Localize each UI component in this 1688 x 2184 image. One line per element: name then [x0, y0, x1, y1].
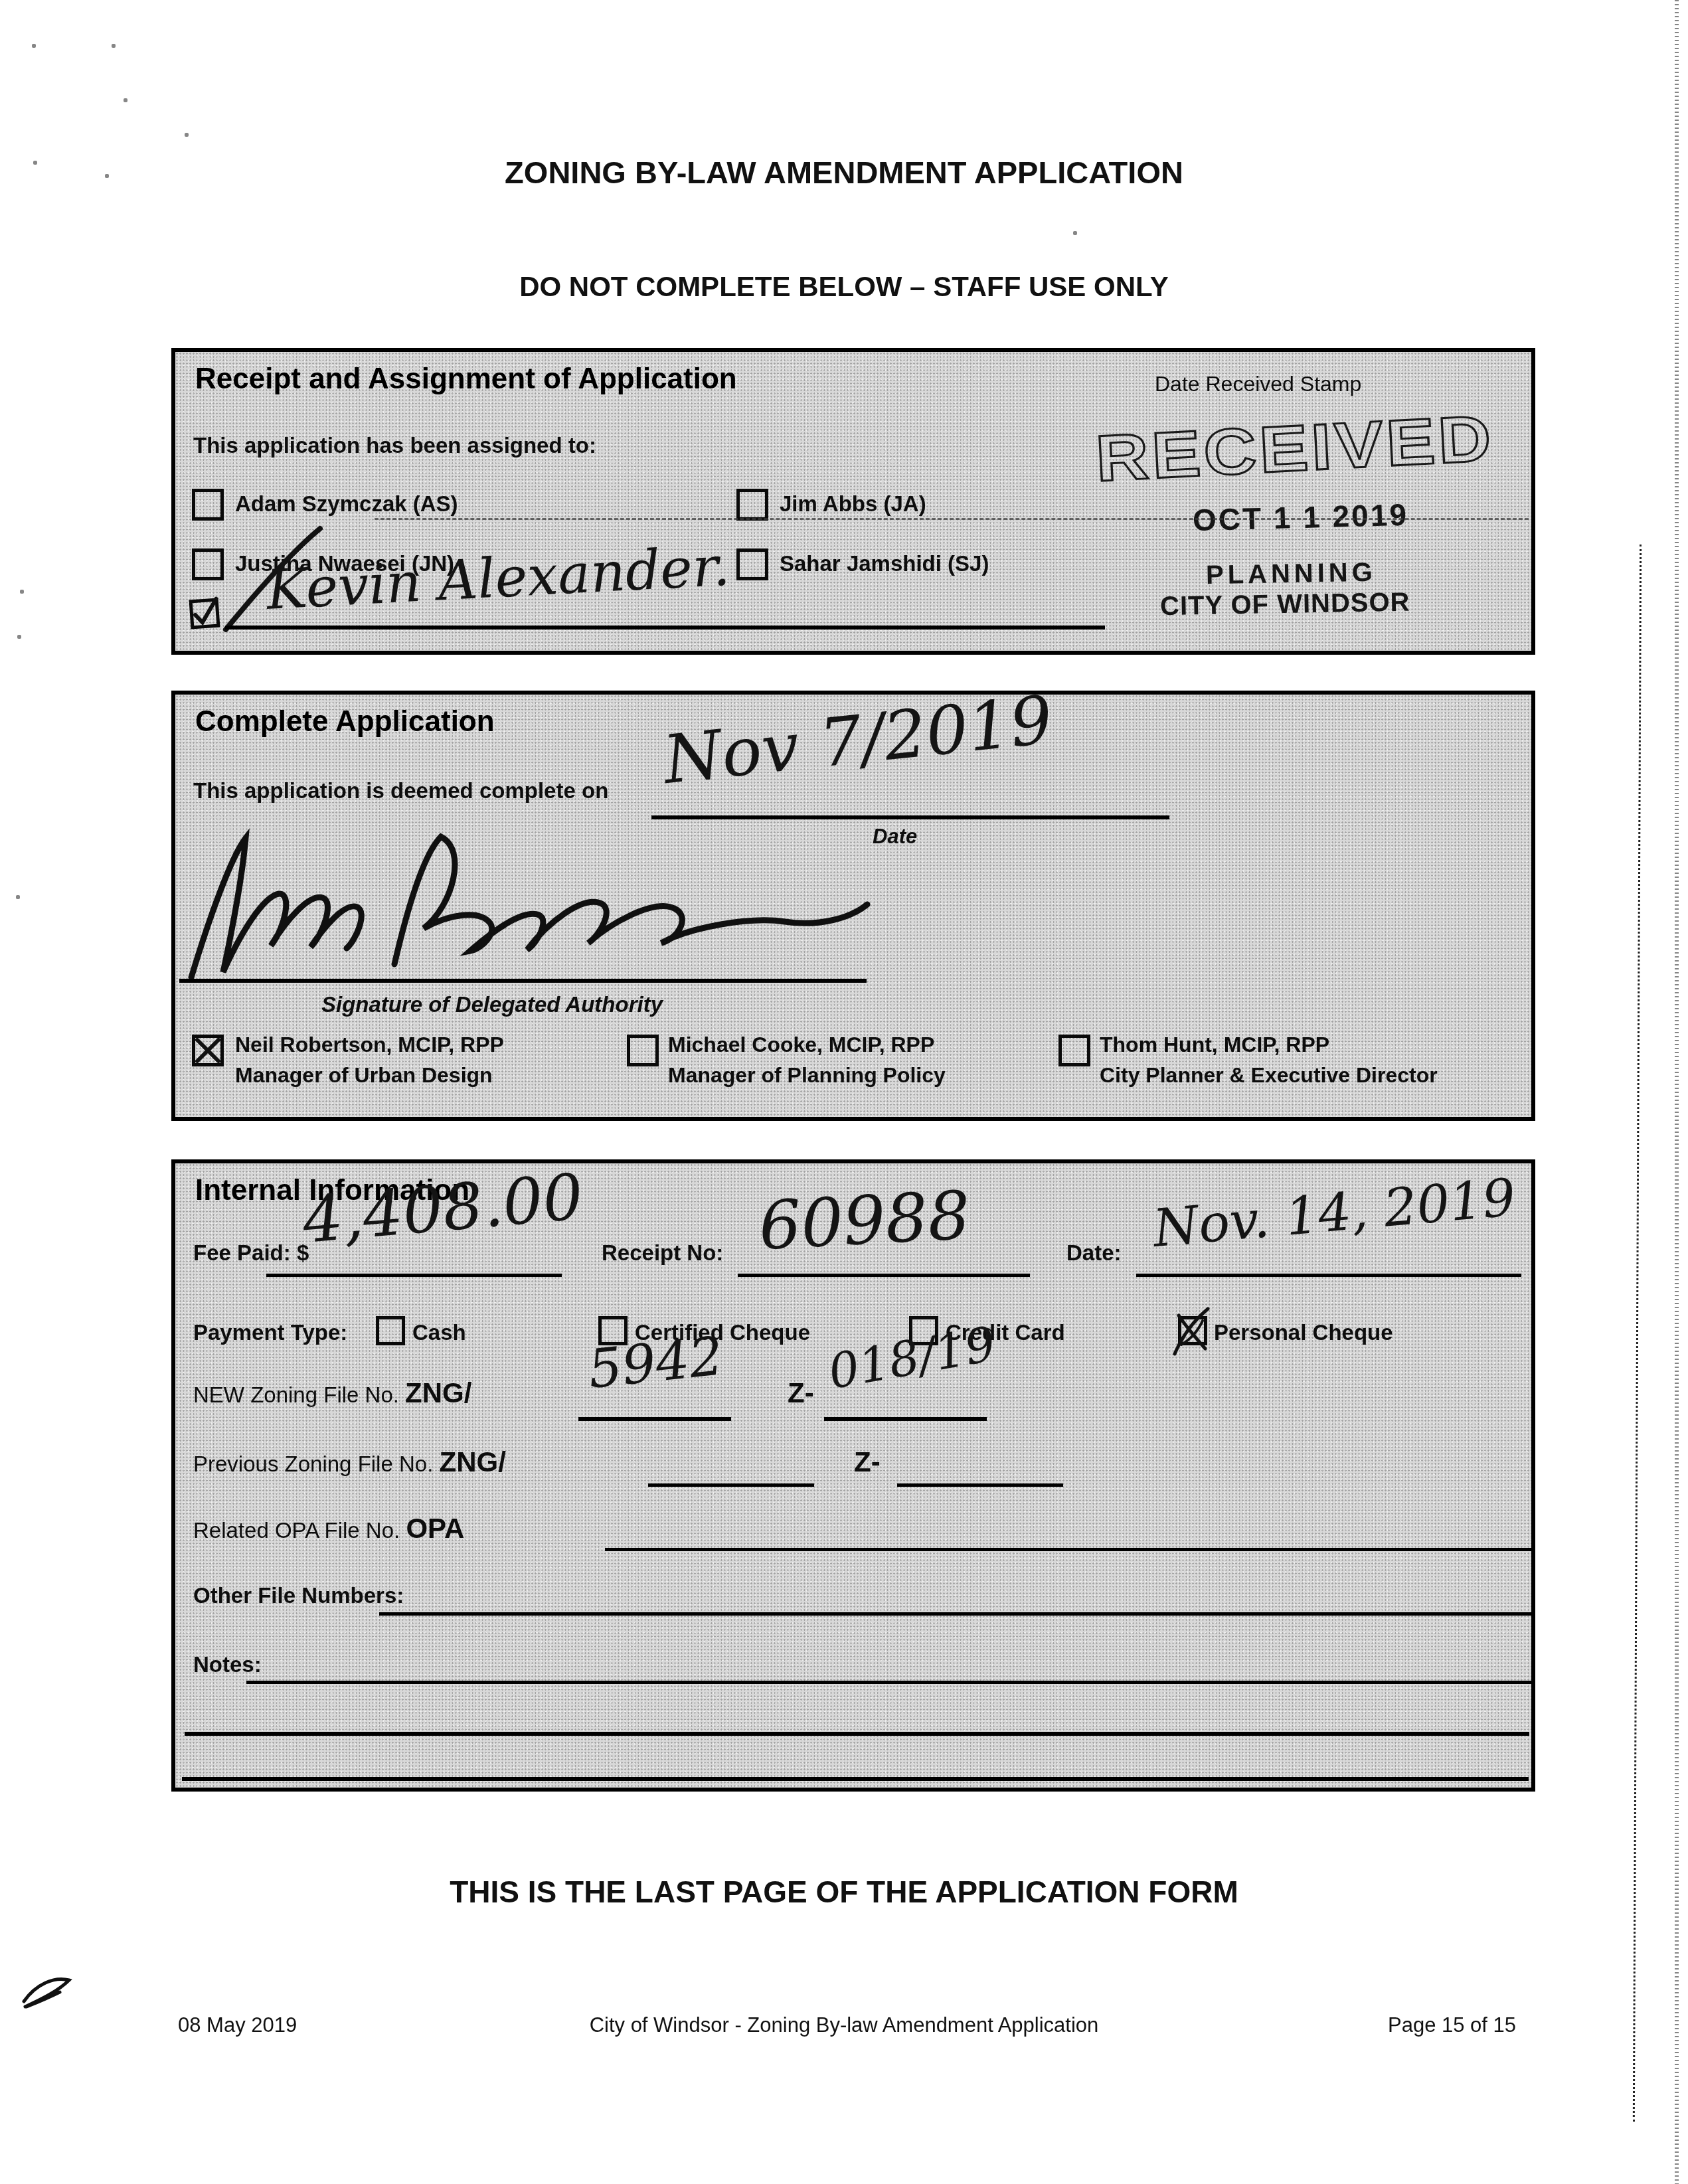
assignee-label-sahar: Sahar Jamshidi (SJ)	[780, 551, 989, 576]
zng-prefix: ZNG/	[405, 1377, 471, 1408]
scan-speck	[124, 98, 127, 102]
authority-michael-cooke: Michael Cooke, MCIP, RPP Manager of Plan…	[668, 1029, 946, 1090]
checkbox-michael-cooke	[627, 1035, 659, 1066]
scan-artifact-dashed-line	[375, 518, 1529, 520]
checkbox-neil-robertson	[192, 1035, 224, 1066]
notes-line-2	[185, 1732, 1529, 1736]
internal-date-label: Date:	[1066, 1240, 1122, 1266]
scribble-check-icon	[1181, 1319, 1204, 1342]
previous-zng-line	[648, 1483, 814, 1487]
scan-speck	[16, 895, 20, 899]
payment-label-personal-cheque: Personal Cheque	[1214, 1320, 1393, 1345]
stray-pen-mark	[20, 1974, 76, 2013]
deemed-complete-label: This application is deemed complete on	[193, 778, 608, 803]
new-z-prefix: Z-	[788, 1377, 814, 1409]
delegated-authority-signature	[182, 827, 873, 983]
scan-speck	[32, 44, 36, 48]
internal-date-line	[1136, 1274, 1521, 1277]
payment-type-label: Payment Type:	[193, 1320, 347, 1345]
new-zng-line	[578, 1417, 731, 1421]
handwritten-new-zng: 5942	[585, 1325, 726, 1400]
checkbox-adam-szymczak	[192, 489, 224, 521]
fee-paid-label: Fee Paid: $	[193, 1240, 309, 1266]
staff-use-warning: DO NOT COMPLETE BELOW – STAFF USE ONLY	[0, 271, 1688, 303]
receipt-no-line	[738, 1274, 1030, 1277]
handwritten-assignee-name: Kevin Alexander.	[265, 535, 731, 622]
authority-title: City Planner & Executive Director	[1100, 1060, 1438, 1090]
authority-name: Neil Robertson, MCIP, RPP	[235, 1029, 504, 1060]
checkbox-jim-abbs	[736, 489, 768, 521]
receipt-section-title: Receipt and Assignment of Application	[195, 363, 737, 396]
related-opa-text: Related OPA File No.	[193, 1518, 400, 1543]
scanned-form-page: ZONING BY-LAW AMENDMENT APPLICATION DO N…	[0, 0, 1688, 2184]
scan-speck	[105, 174, 109, 178]
authority-title: Manager of Urban Design	[235, 1060, 504, 1090]
date-received-stamp-label: Date Received Stamp	[1155, 372, 1361, 396]
last-page-notice: THIS IS THE LAST PAGE OF THE APPLICATION…	[0, 1874, 1688, 1910]
received-stamp-outline: RECEIVED	[1090, 391, 1519, 503]
opa-prefix: OPA	[406, 1513, 464, 1544]
checkbox-justina-nwaesei	[192, 548, 224, 580]
other-file-numbers-label: Other File Numbers:	[193, 1583, 404, 1608]
signature-line	[179, 979, 867, 983]
receipt-no-label: Receipt No:	[602, 1240, 723, 1266]
handwritten-checkmark-icon	[193, 602, 216, 626]
scan-speck	[112, 44, 116, 48]
handwritten-receipt-no: 60988	[757, 1177, 972, 1265]
checkbox-thom-hunt	[1058, 1035, 1090, 1066]
other-file-numbers-line	[379, 1612, 1531, 1616]
zng-prefix: ZNG/	[440, 1446, 506, 1477]
signature-caption: Signature of Delegated Authority	[321, 992, 663, 1017]
checkbox-other-assignee	[189, 598, 220, 630]
authority-thom-hunt: Thom Hunt, MCIP, RPP City Planner & Exec…	[1100, 1029, 1438, 1090]
authority-neil-robertson: Neil Robertson, MCIP, RPP Manager of Urb…	[235, 1029, 504, 1090]
new-zoning-file-label: NEW Zoning File No. ZNG/	[193, 1377, 471, 1409]
scan-edge-noise-column	[1675, 0, 1679, 2184]
assignee-write-in-line	[225, 626, 1105, 630]
x-mark-icon	[195, 1038, 220, 1063]
complete-section-title: Complete Application	[195, 705, 495, 738]
previous-zoning-file-text: Previous Zoning File No.	[193, 1452, 433, 1476]
authority-name: Thom Hunt, MCIP, RPP	[1100, 1029, 1438, 1060]
complete-date-line	[651, 815, 1169, 819]
handwritten-complete-date: Nov 7/2019	[660, 681, 1056, 799]
stamp-city-of-windsor: CITY OF WINDSOR	[1160, 588, 1410, 622]
notes-label: Notes:	[193, 1652, 262, 1677]
scan-speck	[1073, 231, 1077, 235]
checkbox-sahar-jamshidi	[736, 548, 768, 580]
scan-speck	[17, 635, 21, 639]
internal-information-section: Internal Information Fee Paid: $ 4,408.0…	[171, 1159, 1535, 1792]
received-date-stamp: OCT 1 1 2019	[1192, 497, 1408, 538]
authority-name: Michael Cooke, MCIP, RPP	[668, 1029, 946, 1060]
checkbox-personal-cheque	[1178, 1316, 1207, 1345]
assignee-label-adam: Adam Szymczak (AS)	[235, 491, 458, 517]
previous-z-line	[897, 1483, 1063, 1487]
handwritten-internal-date: Nov. 14, 2019	[1151, 1168, 1518, 1259]
page-title: ZONING BY-LAW AMENDMENT APPLICATION	[0, 154, 1688, 191]
authority-title: Manager of Planning Policy	[668, 1060, 946, 1090]
receipt-assignment-section: Receipt and Assignment of Application Da…	[171, 348, 1535, 655]
scan-speck	[20, 590, 24, 594]
date-caption: Date	[873, 825, 917, 849]
scan-speck	[33, 161, 37, 165]
notes-line-1	[246, 1681, 1531, 1684]
new-zoning-file-text: NEW Zoning File No.	[193, 1383, 399, 1407]
complete-application-section: Complete Application This application is…	[171, 691, 1535, 1121]
scan-speck	[185, 133, 189, 137]
related-opa-label: Related OPA File No. OPA	[193, 1513, 464, 1545]
footer-page-number: Page 15 of 15	[1388, 2013, 1516, 2037]
stamp-planning: PLANNING	[1206, 558, 1377, 590]
assignee-label-jim: Jim Abbs (JA)	[780, 491, 926, 517]
related-opa-line	[605, 1548, 1531, 1551]
new-z-line	[824, 1417, 987, 1421]
received-stamp: RECEIVED	[1090, 391, 1519, 506]
assigned-to-label: This application has been assigned to:	[193, 433, 596, 458]
payment-label-cash: Cash	[412, 1320, 466, 1345]
previous-z-prefix: Z-	[854, 1446, 881, 1478]
received-word: RECEIVED	[1094, 401, 1495, 495]
fee-paid-line	[266, 1274, 562, 1277]
checkbox-cash	[376, 1316, 405, 1345]
previous-zoning-file-label: Previous Zoning File No. ZNG/	[193, 1446, 506, 1478]
notes-line-3	[182, 1777, 1529, 1781]
